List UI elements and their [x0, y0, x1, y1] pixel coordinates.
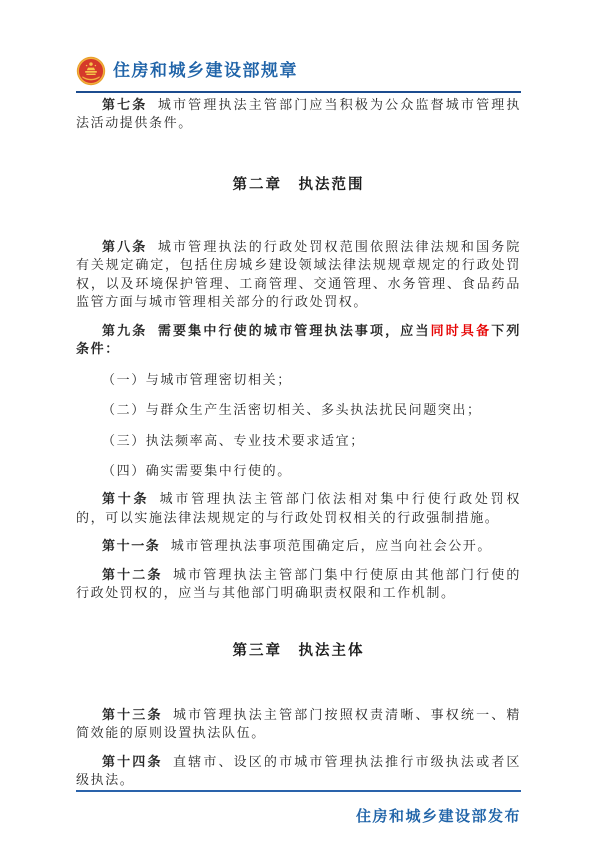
- list-item-3: （三）执法频率高、专业技术要求适宜；: [76, 432, 521, 450]
- article-8-label: 第八条: [102, 239, 147, 254]
- article-8: 第八条城市管理执法的行政处罚权范围依照法律法规和国务院有关规定确定，包括住房城乡…: [76, 238, 521, 312]
- article-11-label: 第十一条: [102, 538, 160, 553]
- article-10-label: 第十条: [102, 491, 149, 506]
- document-title: 住房和城乡建设部规章: [113, 61, 298, 81]
- article-11-text: 城市管理执法事项范围确定后，应当向社会公开。: [171, 538, 492, 553]
- article-12: 第十二条城市管理执法主管部门集中行使原由其他部门行使的行政处罚权的，应当与其他部…: [76, 566, 521, 603]
- article-14-label: 第十四条: [102, 754, 163, 769]
- article-9-label: 第九条: [102, 323, 147, 338]
- chapter-2-heading: 第二章 执法范围: [76, 173, 521, 194]
- document-page: 住房和城乡建设部规章 第七条城市管理执法主管部门应当积极为公众监督城市管理执法活…: [0, 0, 596, 842]
- document-footer: 住房和城乡建设部发布: [76, 790, 521, 826]
- article-9: 第九条需要集中行使的城市管理执法事项，应当同时具备下列条件：: [76, 322, 521, 359]
- article-14: 第十四条直辖市、设区的市城市管理执法推行市级执法或者区级执法。: [76, 753, 521, 790]
- chapter-3-heading: 第三章 执法主体: [76, 639, 521, 660]
- article-11: 第十一条城市管理执法事项范围确定后，应当向社会公开。: [76, 537, 521, 555]
- publisher-text: 住房和城乡建设部发布: [76, 805, 521, 826]
- list-item-1: （一）与城市管理密切相关；: [76, 371, 521, 389]
- article-7: 第七条城市管理执法主管部门应当积极为公众监督城市管理执法活动提供条件。: [76, 96, 521, 133]
- article-13: 第十三条城市管理执法主管部门按照权责清晰、事权统一、精简效能的原则设置执法队伍。: [76, 706, 521, 743]
- footer-divider: [76, 790, 521, 792]
- document-header: 住房和城乡建设部规章: [76, 56, 521, 93]
- document-body: 第七条城市管理执法主管部门应当积极为公众监督城市管理执法活动提供条件。 第二章 …: [76, 93, 521, 790]
- condition-list: （一）与城市管理密切相关； （二）与群众生产生活密切相关、多头执法扰民问题突出；…: [76, 371, 521, 481]
- article-13-label: 第十三条: [102, 707, 163, 722]
- list-item-4: （四）确实需要集中行使的。: [76, 462, 521, 480]
- article-7-label: 第七条: [102, 97, 147, 112]
- article-9-text-pre: 需要集中行使的城市管理执法事项，应当: [158, 323, 431, 338]
- national-emblem-icon: [76, 56, 106, 86]
- article-12-label: 第十二条: [102, 567, 163, 582]
- header-row: 住房和城乡建设部规章: [76, 56, 521, 91]
- list-item-2: （二）与群众生产生活密切相关、多头执法扰民问题突出；: [76, 401, 521, 419]
- article-10: 第十条城市管理执法主管部门依法相对集中行使行政处罚权的，可以实施法律法规规定的与…: [76, 490, 521, 527]
- article-9-highlight: 同时具备: [431, 323, 492, 338]
